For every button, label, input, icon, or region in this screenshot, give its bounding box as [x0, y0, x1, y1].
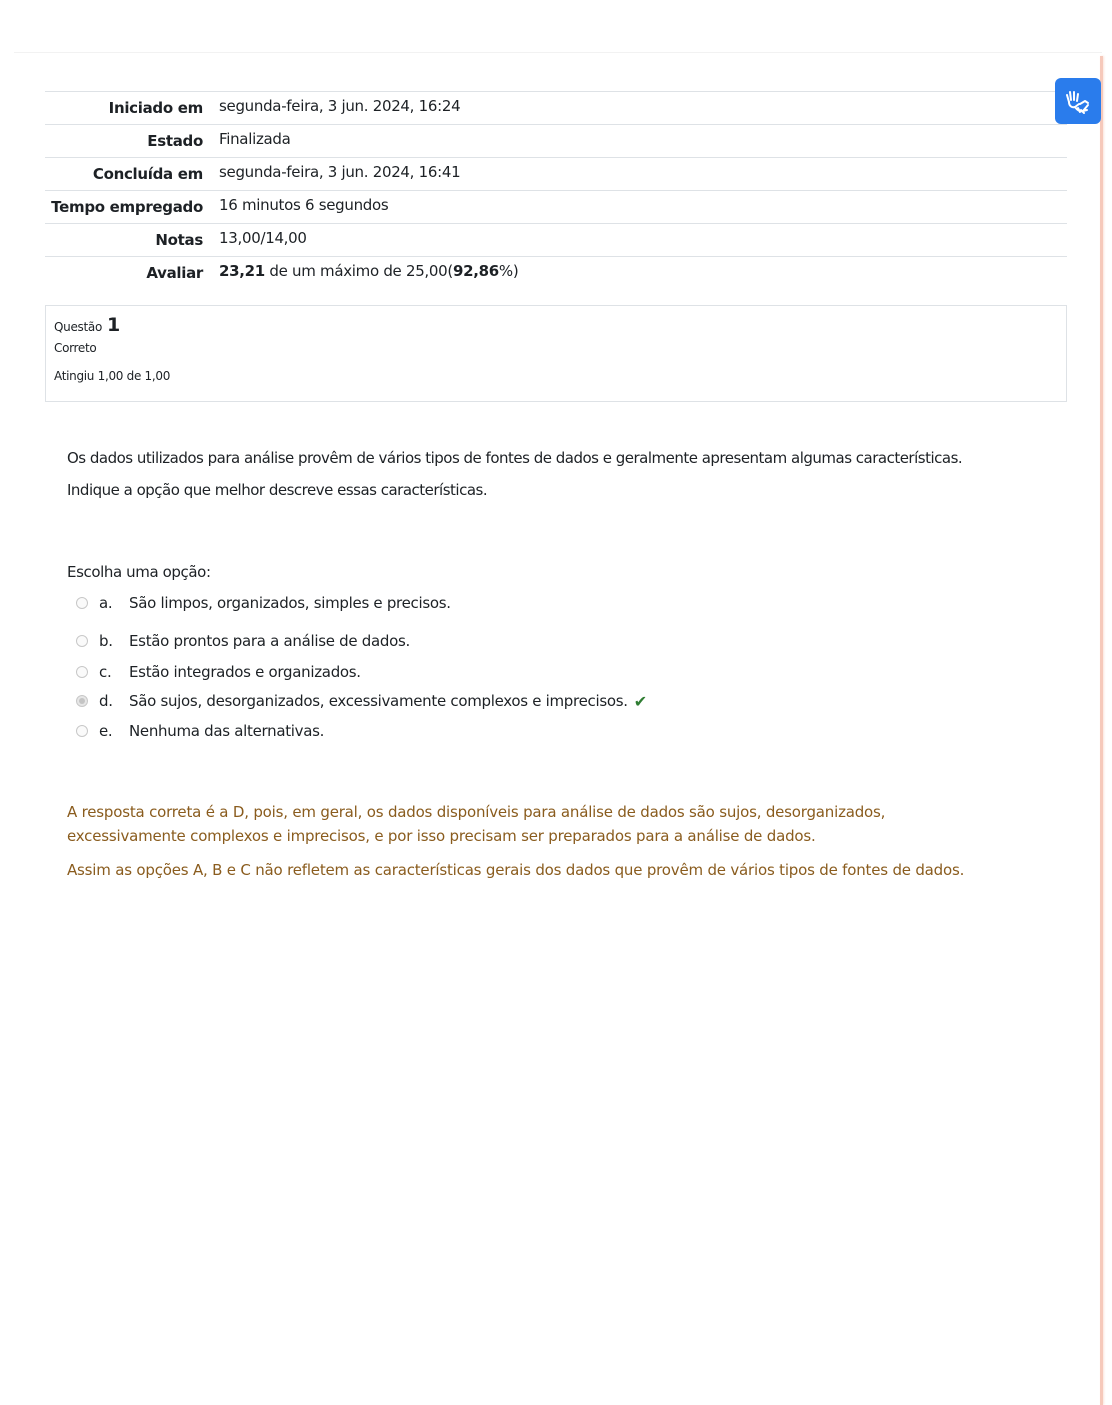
checkmark-icon: ✔ [634, 692, 647, 711]
option-text: São limpos, organizados, simples e preci… [129, 594, 451, 612]
grade-middle: de um máximo de 25,00( [265, 262, 453, 280]
grade-percent: 92,86 [453, 262, 499, 280]
summary-label: Notas [45, 224, 219, 257]
summary-row-time-taken: Tempo empregado 16 minutos 6 segundos [45, 191, 1067, 224]
summary-label: Estado [45, 125, 219, 158]
general-feedback: A resposta correta é a D, pois, em geral… [67, 800, 997, 892]
answer-prompt: Escolha uma opção: [67, 563, 211, 581]
grade-score: 23,21 [219, 262, 265, 280]
question-info-box: Questão 1 Correto Atingiu 1,00 de 1,00 [45, 305, 1067, 402]
question-text-paragraph: Os dados utilizados para análise provêm … [67, 446, 1057, 470]
option-letter: b. [99, 632, 129, 650]
summary-value: 23,21 de um máximo de 25,00(92,86%) [219, 257, 1067, 290]
answer-option-c[interactable]: c. Estão integrados e organizados. [76, 661, 361, 683]
radio-button-selected[interactable] [76, 695, 88, 707]
option-letter: a. [99, 594, 129, 612]
summary-label: Iniciado em [45, 92, 219, 125]
summary-value: 16 minutos 6 segundos [219, 191, 1067, 224]
feedback-paragraph: Assim as opções A, B e C não refletem as… [67, 858, 997, 882]
option-text: São sujos, desorganizados, excessivament… [129, 692, 628, 710]
option-letter: c. [99, 663, 129, 681]
page-edge-scroll-indicator [1100, 56, 1103, 1405]
vlibras-hands-icon [1063, 86, 1093, 116]
summary-row-started: Iniciado em segunda-feira, 3 jun. 2024, … [45, 92, 1067, 125]
question-grade: Atingiu 1,00 de 1,00 [54, 369, 1058, 383]
summary-label: Tempo empregado [45, 191, 219, 224]
summary-row-marks: Notas 13,00/14,00 [45, 224, 1067, 257]
option-text: Estão integrados e organizados. [129, 663, 361, 681]
summary-value: 13,00/14,00 [219, 224, 1067, 257]
grade-suffix: %) [499, 262, 519, 280]
answer-option-d[interactable]: d. São sujos, desorganizados, excessivam… [76, 690, 647, 712]
attempt-summary-table: Iniciado em segunda-feira, 3 jun. 2024, … [45, 91, 1067, 289]
summary-label: Concluída em [45, 158, 219, 191]
summary-row-grade: Avaliar 23,21 de um máximo de 25,00(92,8… [45, 257, 1067, 290]
radio-button[interactable] [76, 666, 88, 678]
accessibility-vlibras-button[interactable] [1055, 78, 1101, 124]
question-state: Correto [54, 341, 1058, 355]
answer-option-e[interactable]: e. Nenhuma das alternativas. [76, 720, 324, 742]
summary-row-completed: Concluída em segunda-feira, 3 jun. 2024,… [45, 158, 1067, 191]
radio-button[interactable] [76, 597, 88, 609]
question-number-value: 1 [107, 314, 120, 336]
feedback-paragraph: A resposta correta é a D, pois, em geral… [67, 800, 997, 848]
answer-option-a[interactable]: a. São limpos, organizados, simples e pr… [76, 592, 451, 614]
option-text: Estão prontos para a análise de dados. [129, 632, 410, 650]
summary-value: segunda-feira, 3 jun. 2024, 16:41 [219, 158, 1067, 191]
summary-label: Avaliar [45, 257, 219, 290]
question-text: Os dados utilizados para análise provêm … [67, 446, 1057, 510]
radio-button[interactable] [76, 635, 88, 647]
question-text-paragraph: Indique a opção que melhor descreve essa… [67, 478, 1057, 502]
option-letter: e. [99, 722, 129, 740]
option-text: Nenhuma das alternativas. [129, 722, 324, 740]
summary-row-state: Estado Finalizada [45, 125, 1067, 158]
question-number: Questão 1 [54, 314, 1058, 336]
radio-button[interactable] [76, 725, 88, 737]
option-letter: d. [99, 692, 129, 710]
answer-option-b[interactable]: b. Estão prontos para a análise de dados… [76, 630, 410, 652]
summary-value: Finalizada [219, 125, 1067, 158]
question-prefix: Questão [54, 320, 102, 334]
summary-value: segunda-feira, 3 jun. 2024, 16:24 [219, 92, 1067, 125]
